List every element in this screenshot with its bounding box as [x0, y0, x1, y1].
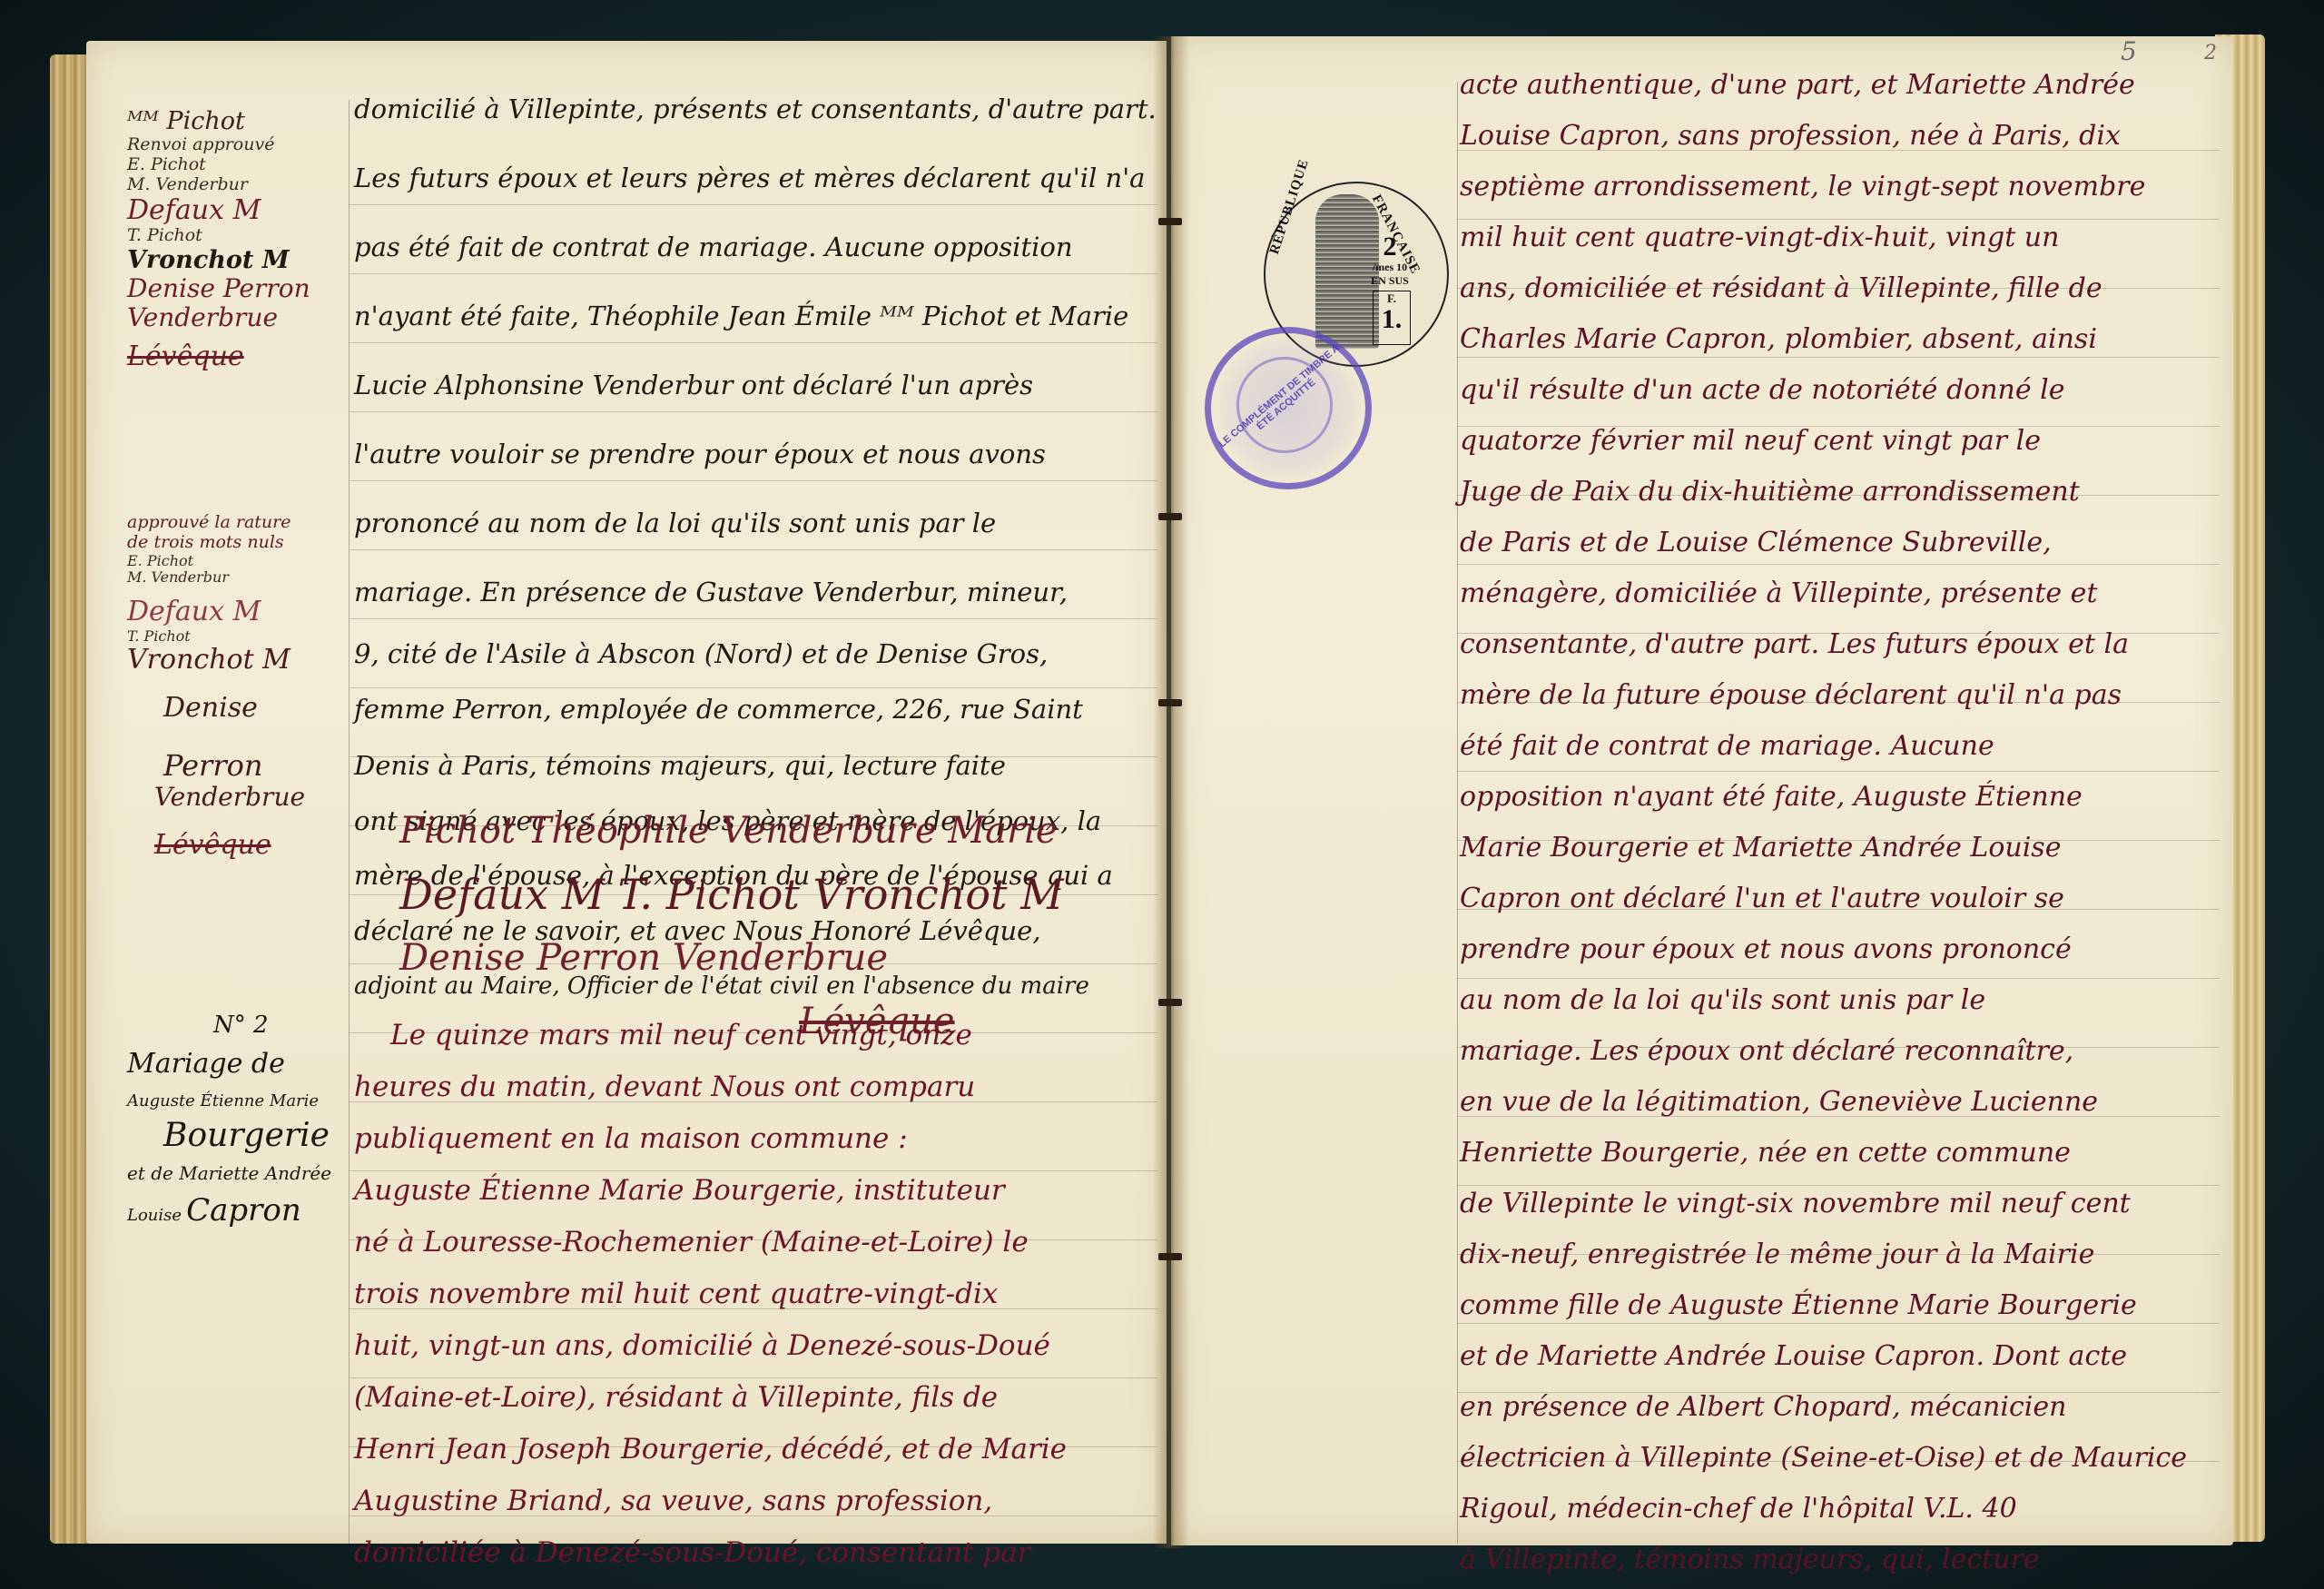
margin-note: de trois mots nuls	[127, 533, 345, 553]
margin-note: Renvoi approuvé	[127, 135, 345, 155]
margin-signature: Denise Perron	[127, 274, 345, 303]
margin-signature: T. Pichot	[127, 628, 345, 645]
text-line: prononcé au nom de la loi qu'ils sont un…	[354, 489, 1171, 558]
text-line: consentante, d'autre part. Les futurs ép…	[1460, 619, 2222, 670]
text-line: comme fille de Auguste Étienne Marie Bou…	[1460, 1280, 2222, 1331]
margin-signature: Venderbrue	[154, 783, 345, 812]
right-page-text: acte authentique, d'une part, et Mariett…	[1460, 60, 2222, 1585]
text-line: mariage. En présence de Gustave Venderbu…	[354, 558, 1171, 627]
text-line: femme Perron, employée de commerce, 226,…	[354, 681, 1171, 737]
text-line: électricien à Villepinte (Seine-et-Oise)…	[1460, 1433, 2222, 1484]
text-line: en vue de la légitimation, Geneviève Luc…	[1460, 1077, 2222, 1128]
text-line: publiquement en la maison commune :	[354, 1113, 1171, 1165]
stamp-value-fraction: /mes 10	[1367, 261, 1413, 274]
text-line: né à Louresse-Rochemenier (Maine-et-Loir…	[354, 1217, 1171, 1268]
text-line: ménagère, domiciliée à Villepinte, prése…	[1460, 568, 2222, 619]
margin-note: E. Pichot	[127, 155, 345, 175]
text-line: (Maine-et-Loire), résidant à Villepinte,…	[354, 1372, 1171, 1424]
text-line: et de Mariette Andrée Louise Capron. Don…	[1460, 1331, 2222, 1382]
text-line: Louise Capron, sans profession, née à Pa…	[1460, 111, 2222, 162]
text-line: quatorze février mil neuf cent vingt par…	[1460, 416, 2222, 467]
text-line: au nom de la loi qu'ils sont unis par le	[1460, 975, 2222, 1026]
text-line: mil huit cent quatre-vingt-dix-huit, vin…	[1460, 212, 2222, 263]
margin-signature: Vronchot M	[127, 645, 345, 676]
groom-given-names: Auguste Étienne Marie	[127, 1092, 345, 1111]
margin-signature: Perron	[163, 749, 345, 783]
text-line: qu'il résulte d'un acte de notoriété don…	[1460, 365, 2222, 416]
text-line: Capron ont déclaré l'un et l'autre voulo…	[1460, 873, 2222, 924]
text-line: mère de la future épouse déclarent qu'il…	[1460, 670, 2222, 721]
stamp-denomination-value: 1.	[1374, 306, 1410, 333]
text-line: septième arrondissement, le vingt-sept n…	[1460, 162, 2222, 212]
margin-note: M. Venderbur	[127, 175, 345, 195]
text-line: l'autre vouloir se prendre pour époux et…	[354, 419, 1171, 489]
text-line: domiciliée à Denezé-sous-Doué, consentan…	[354, 1527, 1171, 1579]
margin-signature: Lévêque	[127, 341, 345, 373]
text-line: n'ayant été faite, Théophile Jean Émile …	[354, 281, 1171, 350]
text-line: Juge de Paix du dix-huitième arrondissem…	[1460, 467, 2222, 518]
text-line: Henriette Bourgerie, née en cette commun…	[1460, 1128, 2222, 1179]
margin-note: approuvé la rature	[127, 513, 345, 533]
signature-line: Pichot Théophile Venderbure Marie	[399, 799, 1144, 863]
margin-signature: Lévêque	[154, 830, 345, 862]
text-line: Lucie Alphonsine Venderbur ont déclaré l…	[354, 350, 1171, 419]
margin-signature: Vronchot M	[127, 246, 345, 274]
violet-cachet-stamp: LE COMPLÉMENT DE TIMBRE A ÉTÉ ACQUITTÉ	[1205, 327, 1372, 489]
text-line: opposition n'ayant été faite, Auguste Ét…	[1460, 772, 2222, 823]
text-line: à Villepinte, témoins majeurs, qui, lect…	[1460, 1535, 2222, 1585]
bride-name-line: Louise Capron	[127, 1193, 345, 1229]
text-line: Les futurs époux et leurs pères et mères…	[354, 143, 1171, 212]
text-line: Charles Marie Capron, plombier, absent, …	[1460, 314, 2222, 365]
left-margin-rule	[349, 100, 350, 1544]
margin-notes-top: ᴹᴹ Pichot Renvoi approuvé E. Pichot M. V…	[127, 107, 345, 373]
margin-signature: Venderbrue	[127, 303, 345, 332]
stamp-denomination: F. 1.	[1373, 291, 1411, 345]
text-line: domicilié à Villepinte, présents et cons…	[354, 74, 1171, 143]
text-line: ans, domiciliée et résidant à Villepinte…	[1460, 263, 2222, 314]
stamp-value-note: EN SUS	[1367, 274, 1413, 288]
text-line: Rigoul, médecin-chef de l'hôpital V.L. 4…	[1460, 1484, 2222, 1535]
bride-surname: Capron	[186, 1192, 301, 1229]
margin-entry-heading: N° 2 Mariage de Auguste Étienne Marie Bo…	[127, 1012, 345, 1229]
bride-given-name-2: Louise	[127, 1206, 182, 1225]
stamp-value: 2 /mes 10 EN SUS	[1367, 233, 1413, 288]
signature-line: Defaux M T. Pichot Vronchot M	[399, 863, 1144, 926]
text-line: Augustine Briand, sa veuve, sans profess…	[354, 1475, 1171, 1527]
text-line: trois novembre mil huit cent quatre-ving…	[354, 1268, 1171, 1320]
text-line: Denis à Paris, témoins majeurs, qui, lec…	[354, 737, 1171, 794]
stamp-value-main: 2	[1367, 233, 1413, 261]
margin-note: E. Pichot	[127, 553, 345, 569]
bride-given-names: et de Mariette Andrée	[127, 1163, 345, 1184]
margin-note: ᴹᴹ Pichot	[127, 107, 345, 135]
text-line: été fait de contrat de mariage. Aucune	[1460, 721, 2222, 772]
left-act2-text: Le quinze mars mil neuf cent vingt, onze…	[354, 1010, 1171, 1579]
groom-surname: Bourgerie	[163, 1117, 345, 1154]
text-line: prendre pour époux et nous avons prononc…	[1460, 924, 2222, 975]
text-line: acte authentique, d'une part, et Mariett…	[1460, 60, 2222, 111]
margin-signature: Defaux M	[127, 195, 345, 227]
text-line: heures du matin, devant Nous ont comparu	[354, 1061, 1171, 1113]
margin-note: M. Venderbur	[127, 569, 345, 586]
text-line: Marie Bourgerie et Mariette Andrée Louis…	[1460, 823, 2222, 873]
margin-notes-middle: approuvé la rature de trois mots nuls E.…	[127, 513, 345, 862]
text-line: de Villepinte le vingt-six novembre mil …	[1460, 1179, 2222, 1229]
right-margin-rule	[1457, 82, 1458, 1544]
text-line: Le quinze mars mil neuf cent vingt, onze	[354, 1010, 1171, 1061]
text-line: Auguste Étienne Marie Bourgerie, institu…	[354, 1165, 1171, 1217]
text-line: en présence de Albert Chopard, mécanicie…	[1460, 1382, 2222, 1433]
text-line: de Paris et de Louise Clémence Subrevill…	[1460, 518, 2222, 568]
signature-line: Denise Perron Venderbrue	[399, 926, 1144, 990]
text-line: 9, cité de l'Asile à Abscon (Nord) et de…	[354, 627, 1171, 681]
entry-number: N° 2	[213, 1012, 345, 1040]
margin-signature: Denise	[163, 693, 345, 725]
margin-signature: T. Pichot	[127, 226, 345, 246]
text-line: mariage. Les époux ont déclaré reconnaît…	[1460, 1026, 2222, 1077]
text-line: huit, vingt-un ans, domicilié à Denezé-s…	[354, 1320, 1171, 1372]
text-line: pas été fait de contrat de mariage. Aucu…	[354, 212, 1171, 281]
entry-title: Mariage de	[127, 1049, 345, 1081]
text-line: dix-neuf, enregistrée le même jour à la …	[1460, 1229, 2222, 1280]
text-line: Henri Jean Joseph Bourgerie, décédé, et …	[354, 1424, 1171, 1475]
margin-signature: Defaux M	[127, 597, 345, 628]
